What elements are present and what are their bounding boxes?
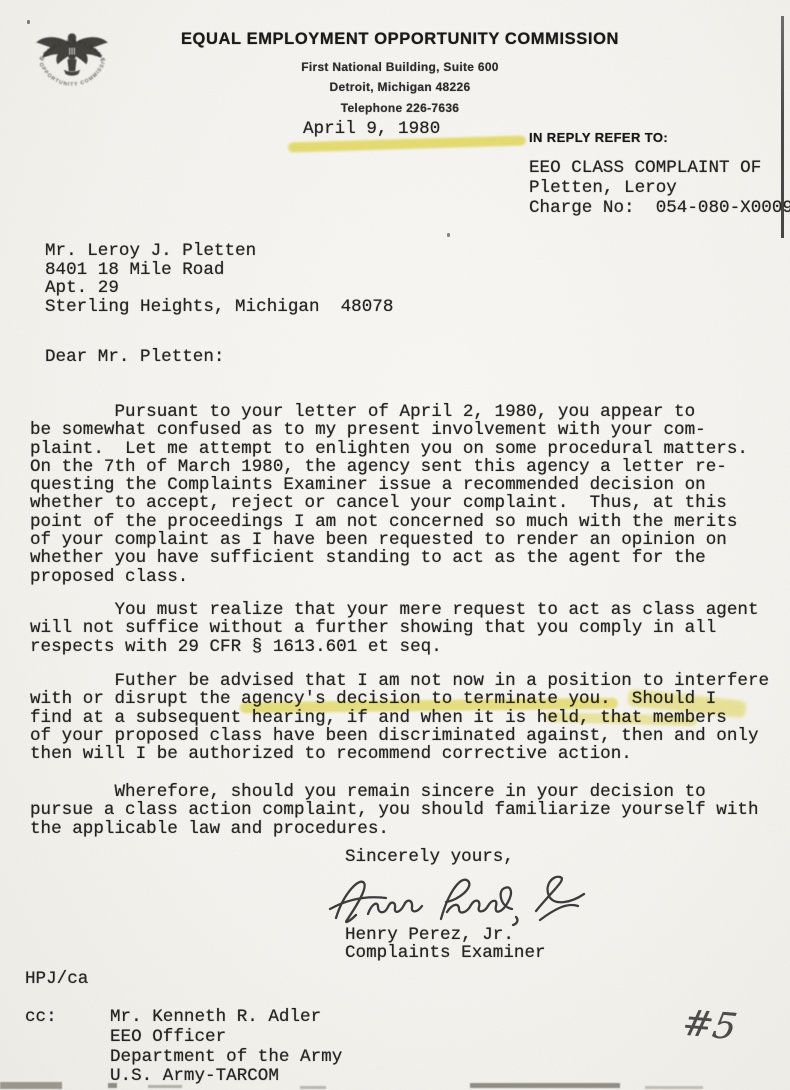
letterhead-address-line1: First National Building, Suite 600 bbox=[301, 60, 499, 75]
scan-edge-artifact bbox=[781, 16, 784, 238]
eeoc-seal-icon: EQUAL EMPLOYMENT OPPORTUNITY COMMISSION bbox=[26, 16, 118, 108]
body-paragraph-4: Wherefore, should you remain sincere in … bbox=[30, 783, 759, 838]
reference-block: EEO CLASS COMPLAINT OF Pletten, Leroy Ch… bbox=[529, 158, 790, 218]
scan-smudge bbox=[470, 1083, 620, 1088]
scan-smudge bbox=[300, 1086, 326, 1089]
letterhead: EQUAL EMPLOYMENT OPPORTUNITY COMMISSION … bbox=[150, 30, 650, 116]
body-paragraph-2: You must realize that your mere request … bbox=[30, 601, 759, 656]
handwritten-page-number: #5 bbox=[679, 1003, 740, 1048]
letter-date: April 9, 1980 bbox=[303, 120, 440, 138]
scan-smudge bbox=[148, 1085, 182, 1088]
typist-initials: HPJ/ca bbox=[25, 970, 88, 988]
agency-name: EQUAL EMPLOYMENT OPPORTUNITY COMMISSION bbox=[181, 30, 619, 49]
letterhead-address-line2: Detroit, Michigan 48226 bbox=[330, 80, 471, 95]
signed-title: Complaints Examiner bbox=[345, 944, 546, 962]
signed-name: Henry Perez, Jr. bbox=[345, 926, 514, 944]
in-reply-refer-label: IN REPLY REFER TO: bbox=[529, 130, 668, 145]
salutation: Dear Mr. Pletten: bbox=[45, 348, 225, 366]
scan-speck bbox=[27, 20, 30, 24]
letterhead-phone: Telephone 226-7636 bbox=[341, 101, 460, 116]
scanned-letter-page: EQUAL EMPLOYMENT OPPORTUNITY COMMISSION bbox=[0, 0, 790, 1090]
cc-label: cc: bbox=[25, 1008, 57, 1026]
recipient-address: Mr. Leroy J. Pletten 8401 18 Mile Road A… bbox=[45, 242, 393, 316]
valediction: Sincerely yours, bbox=[345, 848, 514, 866]
scan-smudge bbox=[645, 1086, 703, 1089]
cc-recipients: Mr. Kenneth R. Adler EEO Officer Departm… bbox=[110, 1008, 342, 1087]
scan-smudge bbox=[0, 1082, 62, 1089]
body-paragraph-1: Pursuant to your letter of April 2, 1980… bbox=[30, 403, 748, 586]
signature-script bbox=[328, 872, 590, 930]
body-paragraph-3: Futher be advised that I am not now in a… bbox=[30, 672, 769, 763]
scan-smudge bbox=[108, 1083, 117, 1088]
